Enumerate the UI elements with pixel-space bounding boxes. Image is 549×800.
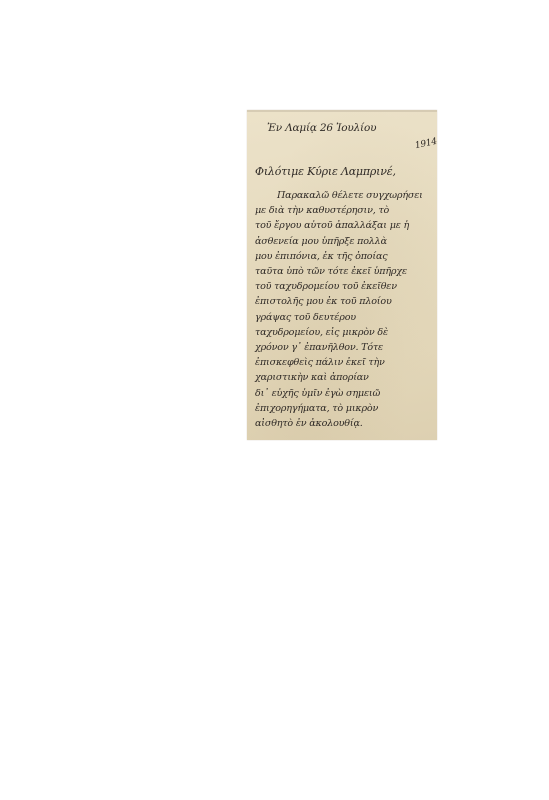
letter-body-line: Παρακαλῶ θέλετε συγχωρήσει [277,190,423,201]
letter-body-line: ἐπιχορηγήματα, τὸ μικρὸν [255,403,378,414]
letter-body-line: ταῦτα ὑπὸ τῶν τότε ἐκεῖ ὑπῆρχε [255,266,407,277]
letter-body-line: ταχυδρομείου, εἰς μικρὸν δὲ [255,327,388,338]
letter-body-line: ἐπισκεφθεὶς πάλιν ἐκεῖ τὴν [255,357,385,368]
letter-dateline: Ἐν Λαμίᾳ 26 Ἰουλίου [267,122,376,134]
letter-year-note: 1914 [414,137,437,151]
scan-page: Ἐν Λαμίᾳ 26 Ἰουλίου 1914 Φιλότιμε Κύριε … [0,0,549,800]
letter-body-line: χαριστικὴν καὶ ἀπορίαν [255,372,369,383]
letter-body-line: χρόνον γ᾽ ἐπανῆλθον. Τότε [255,342,383,353]
letter-body-line: με διὰ τὴν καθυστέρησιν, τὸ [255,205,389,216]
letter-body-line: τοῦ ταχυδρομείου τοῦ ἐκεῖθεν [255,281,397,292]
letter-sheet: Ἐν Λαμίᾳ 26 Ἰουλίου 1914 Φιλότιμε Κύριε … [247,110,437,440]
paper-edge [247,110,437,112]
letter-body-line: γράψας τοῦ δευτέρου [255,312,356,323]
letter-body-line: δι᾽ εὐχῆς ὑμῖν ἐγὼ σημειῶ [255,388,380,399]
letter-body-line: ἐπιστολῆς μου ἐκ τοῦ πλοίου [255,296,392,307]
letter-body-line: ἀσθενεία μου ὑπῆρξε πολλὰ [255,236,387,247]
letter-body-line: αἰσθητὸ ἐν ἀκολουθίᾳ. [255,418,363,429]
letter-body-line: τοῦ ἔργου αὐτοῦ ἀπαλλάξαι με ἡ [255,220,409,231]
letter-salutation: Φιλότιμε Κύριε Λαμπρινέ, [255,165,396,178]
letter-body-line: μου ἐπιπόνια, ἐκ τῆς ὁποίας [255,251,387,262]
